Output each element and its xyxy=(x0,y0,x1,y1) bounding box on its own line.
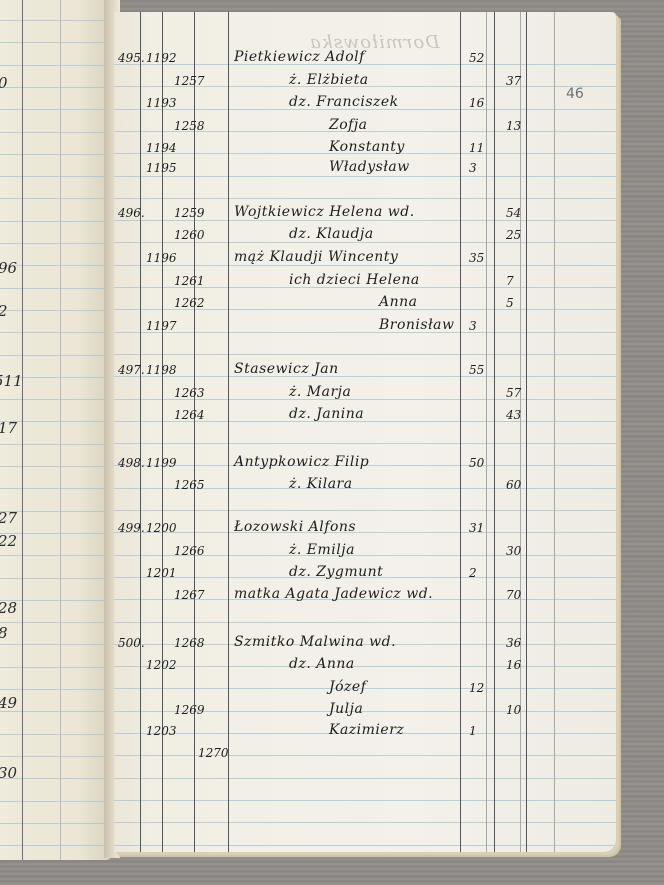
left-page-number: 17 xyxy=(0,419,17,437)
person-number: 1258 xyxy=(174,119,205,133)
left-page: 09625111727222884930 xyxy=(0,0,112,860)
resident-name: Pietkiewicz Adolf xyxy=(234,49,365,65)
ruled-line xyxy=(0,132,112,133)
ruled-line xyxy=(0,555,112,556)
person-number: 1260 xyxy=(174,228,205,242)
resident-name: dz. Janina xyxy=(289,406,364,422)
ruled-line xyxy=(0,87,112,88)
family-number: 1200 xyxy=(146,521,177,535)
house-number: 496. xyxy=(118,206,145,220)
age-male: 12 xyxy=(469,681,484,695)
resident-name: Kazimierz xyxy=(329,722,404,738)
family-number: 1202 xyxy=(146,658,177,672)
age-female: 10 xyxy=(506,703,521,717)
age-male: 1 xyxy=(469,724,477,738)
resident-name: Stasewicz Jan xyxy=(234,361,339,377)
person-number: 1268 xyxy=(174,636,205,650)
family-number: 1198 xyxy=(146,363,177,377)
ruled-line xyxy=(0,667,112,668)
ruled-line xyxy=(0,42,112,43)
column-rule xyxy=(554,12,555,852)
house-number: 495. xyxy=(118,51,145,65)
ruled-line xyxy=(0,198,112,199)
family-number: 1203 xyxy=(146,724,177,738)
family-number: 1194 xyxy=(146,141,177,155)
left-page-number: 8 xyxy=(0,624,8,642)
ruled-line xyxy=(114,332,616,333)
age-male: 16 xyxy=(469,96,484,110)
age-female: 13 xyxy=(506,119,521,133)
family-number: 1196 xyxy=(146,251,177,265)
ruled-line xyxy=(0,65,112,66)
resident-name: Zofja xyxy=(329,117,368,133)
resident-name: matka Agata Jadewicz wd. xyxy=(234,586,433,602)
ruled-line xyxy=(0,823,112,824)
ruled-line xyxy=(0,355,112,356)
ruled-line xyxy=(114,242,616,243)
left-page-number: 2 xyxy=(0,302,8,320)
resident-name: Konstanty xyxy=(329,139,405,155)
left-page-number: 30 xyxy=(0,764,17,782)
ruled-line xyxy=(114,443,616,444)
person-number: 1266 xyxy=(174,544,205,558)
ruled-line xyxy=(114,176,616,177)
resident-name: ż. Elżbieta xyxy=(289,72,369,88)
column-rule xyxy=(460,12,461,852)
age-female: 36 xyxy=(506,636,521,650)
ruled-line xyxy=(114,220,616,221)
resident-name: Wojtkiewicz Helena wd. xyxy=(234,204,415,220)
column-rule xyxy=(22,0,23,860)
left-page-number: 0 xyxy=(0,74,8,92)
ruled-line xyxy=(0,109,112,110)
person-number: 1264 xyxy=(174,408,205,422)
pencil-note: 46 xyxy=(566,86,584,102)
ruled-line xyxy=(0,20,112,21)
ruled-line xyxy=(0,444,112,445)
ruled-line xyxy=(0,310,112,311)
age-female: 54 xyxy=(506,206,521,220)
person-number: 1267 xyxy=(174,588,205,602)
ruled-line xyxy=(0,332,112,333)
age-female: 25 xyxy=(506,228,521,242)
resident-name: ich dzieci Helena xyxy=(289,272,420,288)
family-number: 1201 xyxy=(146,566,177,580)
house-number: 497. xyxy=(118,363,145,377)
ruled-line xyxy=(114,622,616,623)
ruled-line xyxy=(114,822,616,823)
ruled-line xyxy=(0,466,112,467)
ruled-line xyxy=(0,756,112,757)
resident-name: dz. Klaudja xyxy=(289,226,374,242)
column-rule xyxy=(494,12,495,852)
left-page-number: 28 xyxy=(0,599,17,617)
left-page-number: 511 xyxy=(0,372,23,390)
age-male: 50 xyxy=(469,456,484,470)
ruled-line xyxy=(114,800,616,801)
resident-name: dz. Anna xyxy=(289,656,355,672)
ruled-line xyxy=(0,578,112,579)
resident-name: Władysław xyxy=(329,159,410,175)
ruled-line xyxy=(0,288,112,289)
ruled-line xyxy=(0,176,112,177)
column-rule xyxy=(486,12,487,852)
ruled-line xyxy=(0,243,112,244)
column-rule xyxy=(194,12,195,852)
age-male: 2 xyxy=(469,566,477,580)
resident-name: Antypkowicz Filip xyxy=(234,454,369,470)
ruled-line xyxy=(114,510,616,511)
person-number: 1259 xyxy=(174,206,205,220)
resident-name: mąż Klaudji Wincenty xyxy=(234,249,398,265)
family-number: 1193 xyxy=(146,96,177,110)
ruled-line xyxy=(0,488,112,489)
family-number: 1195 xyxy=(146,161,177,175)
age-male: 35 xyxy=(469,251,484,265)
ruled-line xyxy=(114,666,616,667)
ruled-line xyxy=(0,689,112,690)
ruled-line xyxy=(0,154,112,155)
person-number: 1261 xyxy=(174,274,205,288)
person-number: 1262 xyxy=(174,296,205,310)
age-female: 37 xyxy=(506,74,521,88)
age-female: 57 xyxy=(506,386,521,400)
resident-name: Józef xyxy=(329,679,366,695)
ruled-line xyxy=(114,64,616,65)
column-rule xyxy=(520,12,521,852)
family-number: 1197 xyxy=(146,319,177,333)
resident-name: ż. Kilara xyxy=(289,476,353,492)
resident-name: ż. Marja xyxy=(289,384,351,400)
ruled-line xyxy=(114,354,616,355)
person-number: 1265 xyxy=(174,478,205,492)
age-male: 52 xyxy=(469,51,484,65)
ruled-line xyxy=(0,399,112,400)
right-page: Dormiłowska 46 495.1192Pietkiewicz Adolf… xyxy=(114,12,616,852)
house-number: 498. xyxy=(118,456,145,470)
column-rule xyxy=(526,12,527,852)
ruled-line xyxy=(114,532,616,533)
person-number: 1257 xyxy=(174,74,205,88)
resident-name: ż. Emilja xyxy=(289,542,355,558)
left-page-number: 96 xyxy=(0,259,17,277)
column-rule xyxy=(140,12,141,852)
column-rule xyxy=(228,12,229,852)
ruled-line xyxy=(0,734,112,735)
resident-name: dz. Franciszek xyxy=(289,94,399,110)
resident-name: Łozowski Alfons xyxy=(234,519,356,535)
ruled-line xyxy=(114,845,616,846)
ruled-line xyxy=(114,376,616,377)
family-number: 1192 xyxy=(146,51,177,65)
age-male: 31 xyxy=(469,521,484,535)
ruled-line xyxy=(114,755,616,756)
age-female: 16 xyxy=(506,658,521,672)
age-male: 3 xyxy=(469,161,477,175)
left-page-number: 49 xyxy=(0,694,17,712)
age-female: 60 xyxy=(506,478,521,492)
resident-name: Bronisław xyxy=(379,317,454,333)
person-number: 1270 xyxy=(198,746,229,760)
ruled-line xyxy=(0,644,112,645)
left-page-number: 27 xyxy=(0,509,17,527)
age-female: 70 xyxy=(506,588,521,602)
age-female: 43 xyxy=(506,408,521,422)
resident-name: Anna xyxy=(379,294,418,310)
left-page-number: 22 xyxy=(0,532,17,550)
age-male: 11 xyxy=(469,141,484,155)
house-number: 499. xyxy=(118,521,145,535)
ruled-line xyxy=(0,221,112,222)
resident-name: Julja xyxy=(329,701,363,717)
person-number: 1263 xyxy=(174,386,205,400)
age-female: 5 xyxy=(506,296,514,310)
person-number: 1269 xyxy=(174,703,205,717)
age-male: 3 xyxy=(469,319,477,333)
age-female: 30 xyxy=(506,544,521,558)
family-number: 1199 xyxy=(146,456,177,470)
age-female: 7 xyxy=(506,274,514,288)
ruled-line xyxy=(114,198,616,199)
column-rule-faint xyxy=(60,0,61,860)
age-male: 55 xyxy=(469,363,484,377)
resident-name: Szmitko Malwina wd. xyxy=(234,634,396,650)
ruled-line xyxy=(0,801,112,802)
ruled-line xyxy=(0,845,112,846)
resident-name: dz. Zygmunt xyxy=(289,564,383,580)
ruled-line xyxy=(114,778,616,779)
house-number: 500. xyxy=(118,636,145,650)
ruled-line xyxy=(0,622,112,623)
